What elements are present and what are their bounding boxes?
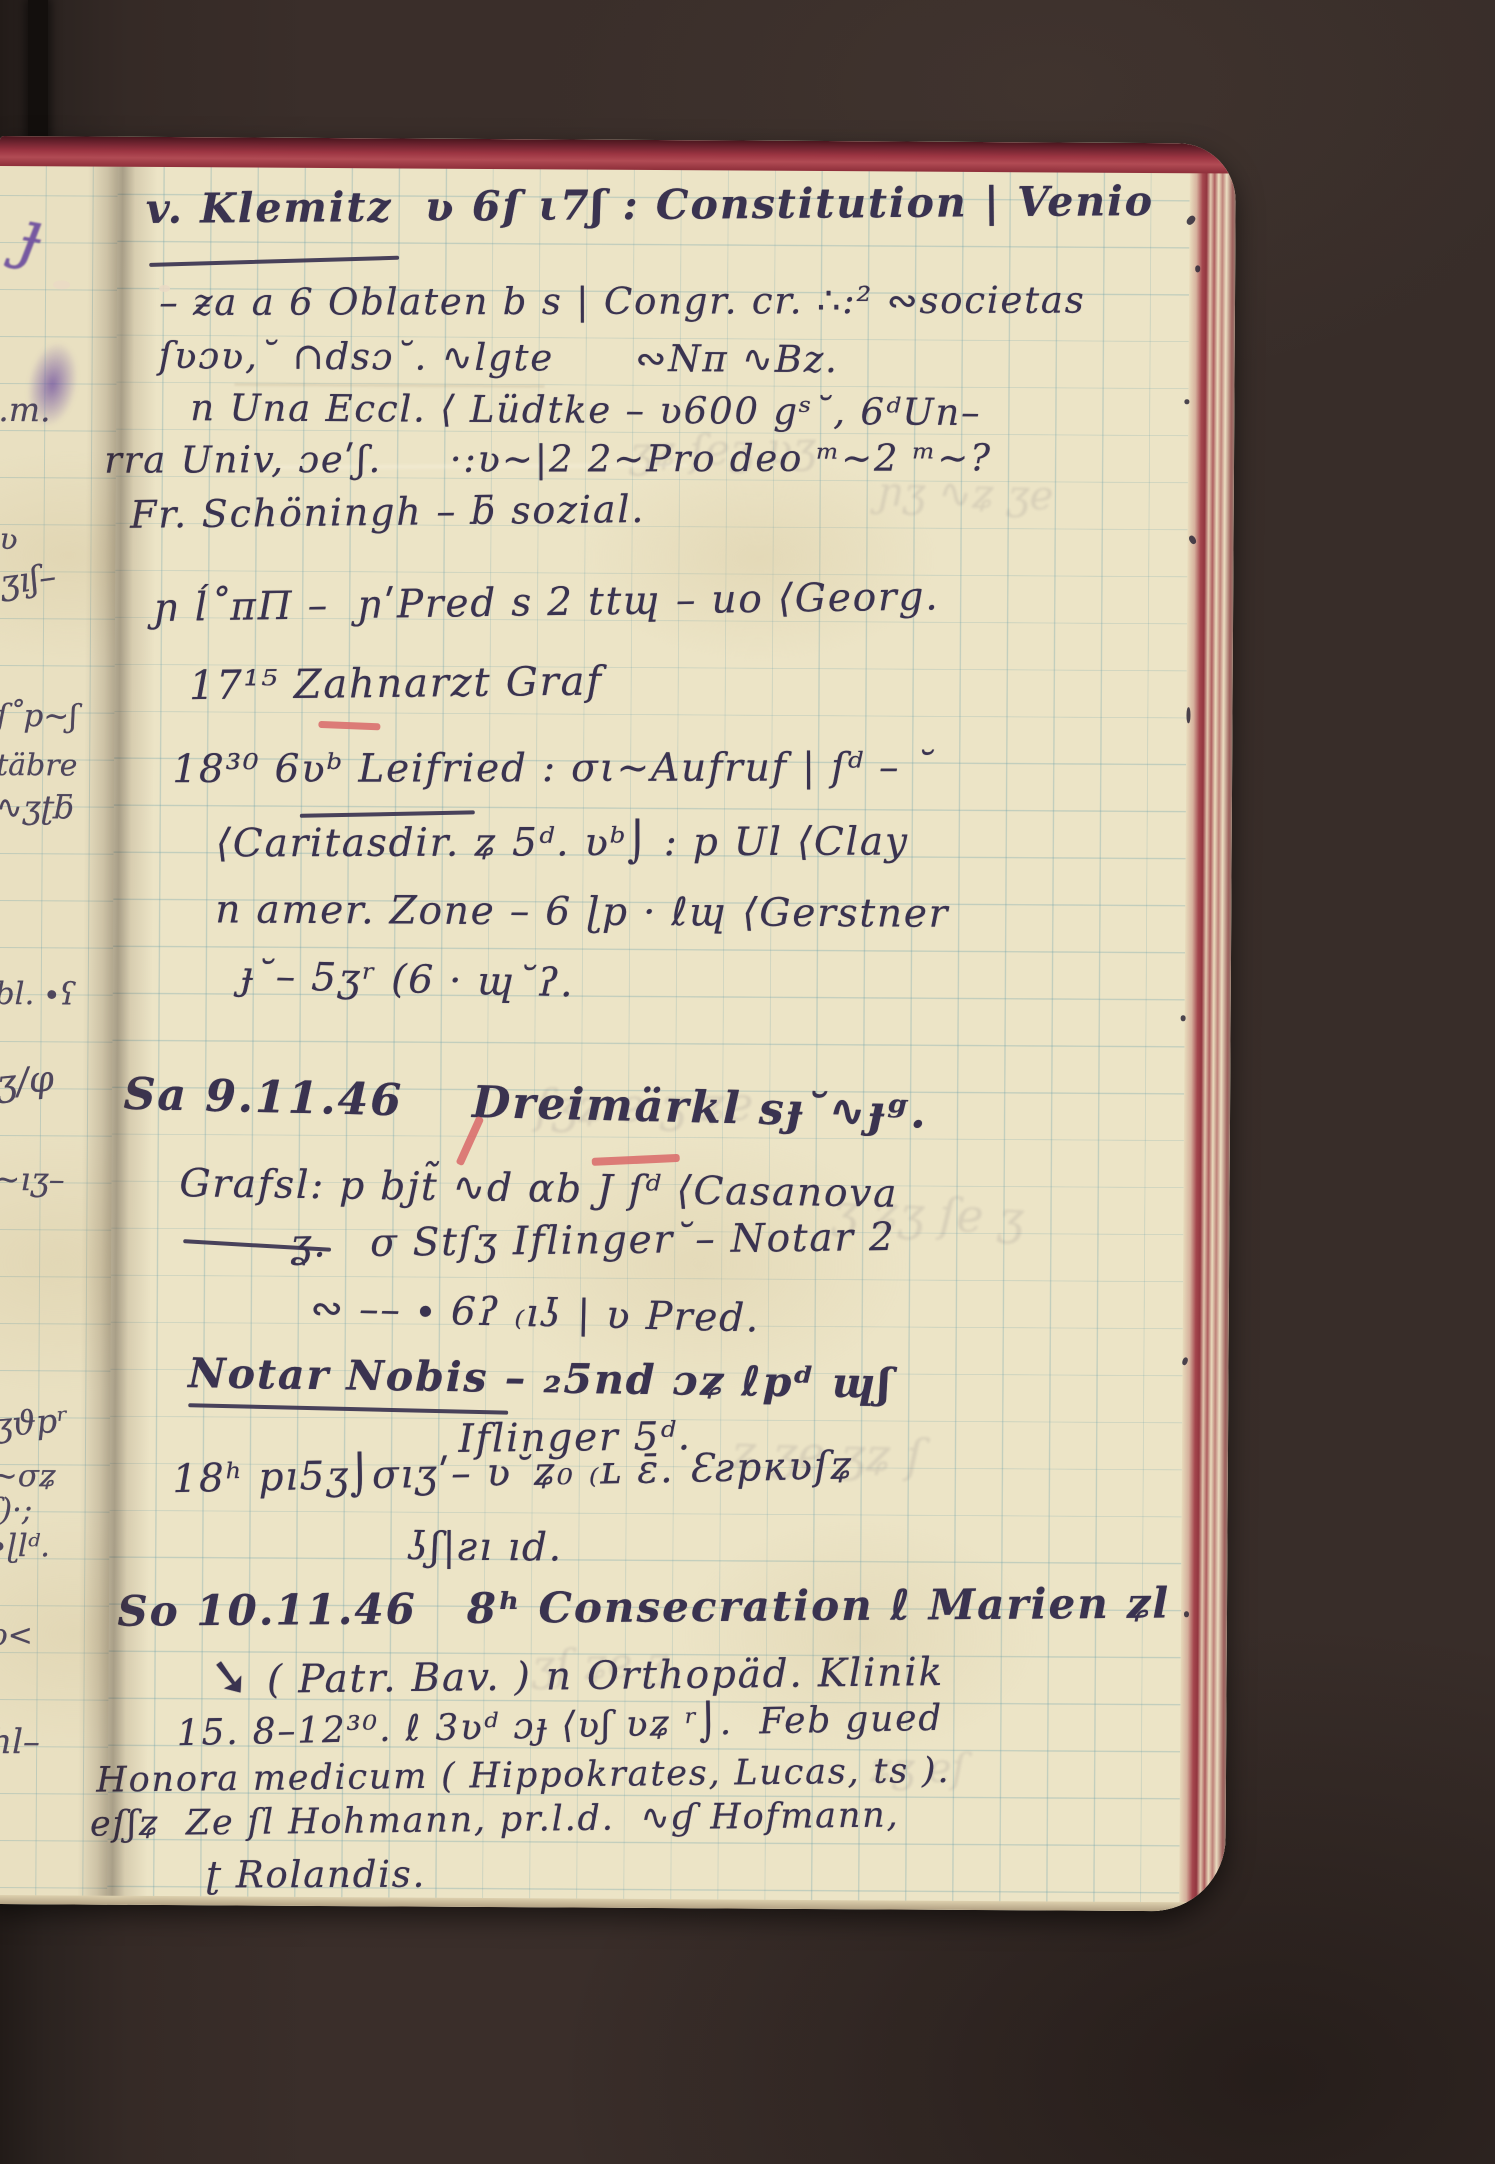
margin-text-fragment: ɔ< [0, 1618, 33, 1653]
ink-speck [1195, 265, 1200, 272]
gutter-crease [77, 137, 158, 1905]
red-fore-edge [1179, 143, 1236, 1911]
hand-drawn-underline [300, 810, 475, 818]
margin-text-fragment: ʒıʃ– [0, 556, 59, 603]
right-page: ʒʑ ſeʒ ʋʒɲʒ ∿ʑ ʒeſʒʑ e ʒ ʑeʒ ʑʒ ſe ʒʑ ʒe… [107, 137, 1190, 1912]
margin-text-fragment: ɟ [14, 194, 48, 273]
hand-drawn-underline [188, 1403, 508, 1415]
handwriting-line: ʈ Rolandis. [206, 1853, 427, 1897]
red-pencil-mark [318, 721, 380, 731]
edge-glint [53, 280, 70, 289]
margin-text-fragment: ʒ/φ [0, 1058, 56, 1104]
ink-speck [1188, 534, 1198, 545]
handwriting-line: ɲ ĺ˚πΠ – ɲʹPred s 2 ttɰ – uo ⟨Georg. [153, 574, 939, 631]
handwriting-line: ɟ˘– 5ʒʳ (6 · ɰ˘ʔ. [240, 953, 575, 1006]
margin-text-fragment: ʃ)·; [0, 1492, 33, 1528]
margin-text-fragment: ʒϑpʳ [0, 1400, 70, 1445]
handwriting-line: ( Patr. Bav. ) n Orthopäd. Klinik [267, 1650, 944, 1703]
handwriting-line: 18ʰ pı5ʒ⌡σıʒʹ– ʋ˘ʑ₀ ₍ʟ ɛ̄. Ɛƨpĸʋſʑ [172, 1443, 854, 1502]
margin-text-fragment: ʋ [0, 522, 18, 557]
margin-text-fragment: ∿ʒʈƃ [0, 788, 74, 826]
handwriting-line: Honora medicum ( Hippokrates, Lucas, ts … [96, 1751, 950, 1801]
handwriting-line: eſʃʑ Ze ſl Hohmann, pr.l.d. ∿ɠ Hofmann, [90, 1795, 900, 1844]
ink-speck [1184, 1611, 1189, 1617]
book-spine-shadow [28, 0, 48, 155]
margin-text-fragment: ~σʑ [0, 1458, 56, 1494]
ink-speck [1184, 399, 1189, 404]
handwriting-line: Fr. Schöningh – ƃ sozial. [130, 487, 646, 537]
red-pencil-mark [592, 1154, 680, 1166]
handwriting-line: 18³⁰ 6ʋᵇ Leifried : σι~Aufruf | ſᵈ – ˘ [172, 745, 936, 792]
handwriting-line: Sa 9.11.46 Dreimärkl sɟ˘∿ɟᵍ. [123, 1069, 928, 1139]
edge-glint [159, 285, 170, 292]
handwriting-line: ʓ. σ Stſʒ Iflinger˘– Notar 2 [289, 1215, 896, 1267]
handwriting-line: ſʋɔʋ,˘ ∩dsɔ˘. ∿lgte ∾Nπ ∿Bz. [159, 334, 839, 381]
handwriting-line: Grafsl: p bjt̃ ∿d αb J ſᵈ ⟨Casanova [179, 1161, 898, 1217]
notebook: ɟ.m.ʋʒıʃ–ſ˚p~ʃtäbre∿ʒʈƃbl. ∙ʕʒ/φ~ıʒ–ʒϑpʳ… [0, 136, 1236, 1912]
ink-speck [1181, 1357, 1188, 1366]
handwriting-line: So 10.11.46 8ʰ Consecration ℓ Marien ʑl [117, 1578, 1170, 1635]
margin-text-fragment: \ [0, 1778, 6, 1824]
ink-speck [1186, 707, 1190, 723]
hand-drawn-underline [149, 256, 399, 267]
arrow-mark: ➘ [205, 1645, 255, 1708]
handwriting-line: n amer. Zone – 6 ɭp · ℓɰ ⟨Gerstner [215, 887, 949, 936]
handwriting-line: Notar Nobis – ₂5nd ɔʑ ℓpᵈ ɰʃ [188, 1349, 893, 1407]
handwriting-line: ʖʃ|ƨı ıd. [407, 1525, 563, 1571]
margin-text-fragment: täbre [0, 748, 78, 783]
handwriting-line: ∾ –– ∙ 6ʔ ₍ıʖ | ʋ Pred. [310, 1286, 761, 1342]
margin-text-fragment: hl– [0, 1722, 40, 1762]
margin-text-fragment: ~ıʒ– [0, 1160, 65, 1198]
margin-text-fragment: ∙ɭlᵈ. [0, 1528, 50, 1564]
margin-text-fragment: bl. ∙ʕ [0, 976, 76, 1012]
margin-text-fragment: ſ˚p~ʃ [0, 698, 78, 734]
handwriting-line: v. Klemitz ʋ 6ſ ι7ʃ : Constitution | Ven… [146, 177, 1155, 233]
margin-text-fragment: .m. [0, 390, 51, 429]
ink-speck [1181, 1015, 1186, 1021]
handwriting-line: ⟨Caritasdir. ʑ 5ᵈ. ʋᵇ⌡ : p Ul ⟨Clay [216, 820, 909, 867]
handwriting-line: 17¹⁵ Zahnarzt Graf [189, 658, 603, 709]
scanned-diary-photo: ɟ.m.ʋʒıʃ–ſ˚p~ʃtäbre∿ʒʈƃbl. ∙ʕʒ/φ~ıʒ–ʒϑpʳ… [0, 0, 1495, 2164]
handwriting-line: rra Univ, ɔeʹʃ. ·:ʋ~|2 2~Pro deo ᵐ~2 ᵐ~? [104, 436, 992, 481]
handwriting-line: 15. 8–12³⁰. ℓ 3ʋᵈ ɔɟ ⟨ʋʃ ʋʑ ʳ⌡. Feb gued [176, 1698, 943, 1754]
handwriting-line: n Una Eccl. ⟨ Lüdtke – ʋ600 gˢ˘, 6ᵈUn– [190, 386, 981, 434]
handwriting-line: – ƶa a 6 Oblaten b s | Congr. cr. ∴:² ∾s… [159, 279, 1085, 324]
